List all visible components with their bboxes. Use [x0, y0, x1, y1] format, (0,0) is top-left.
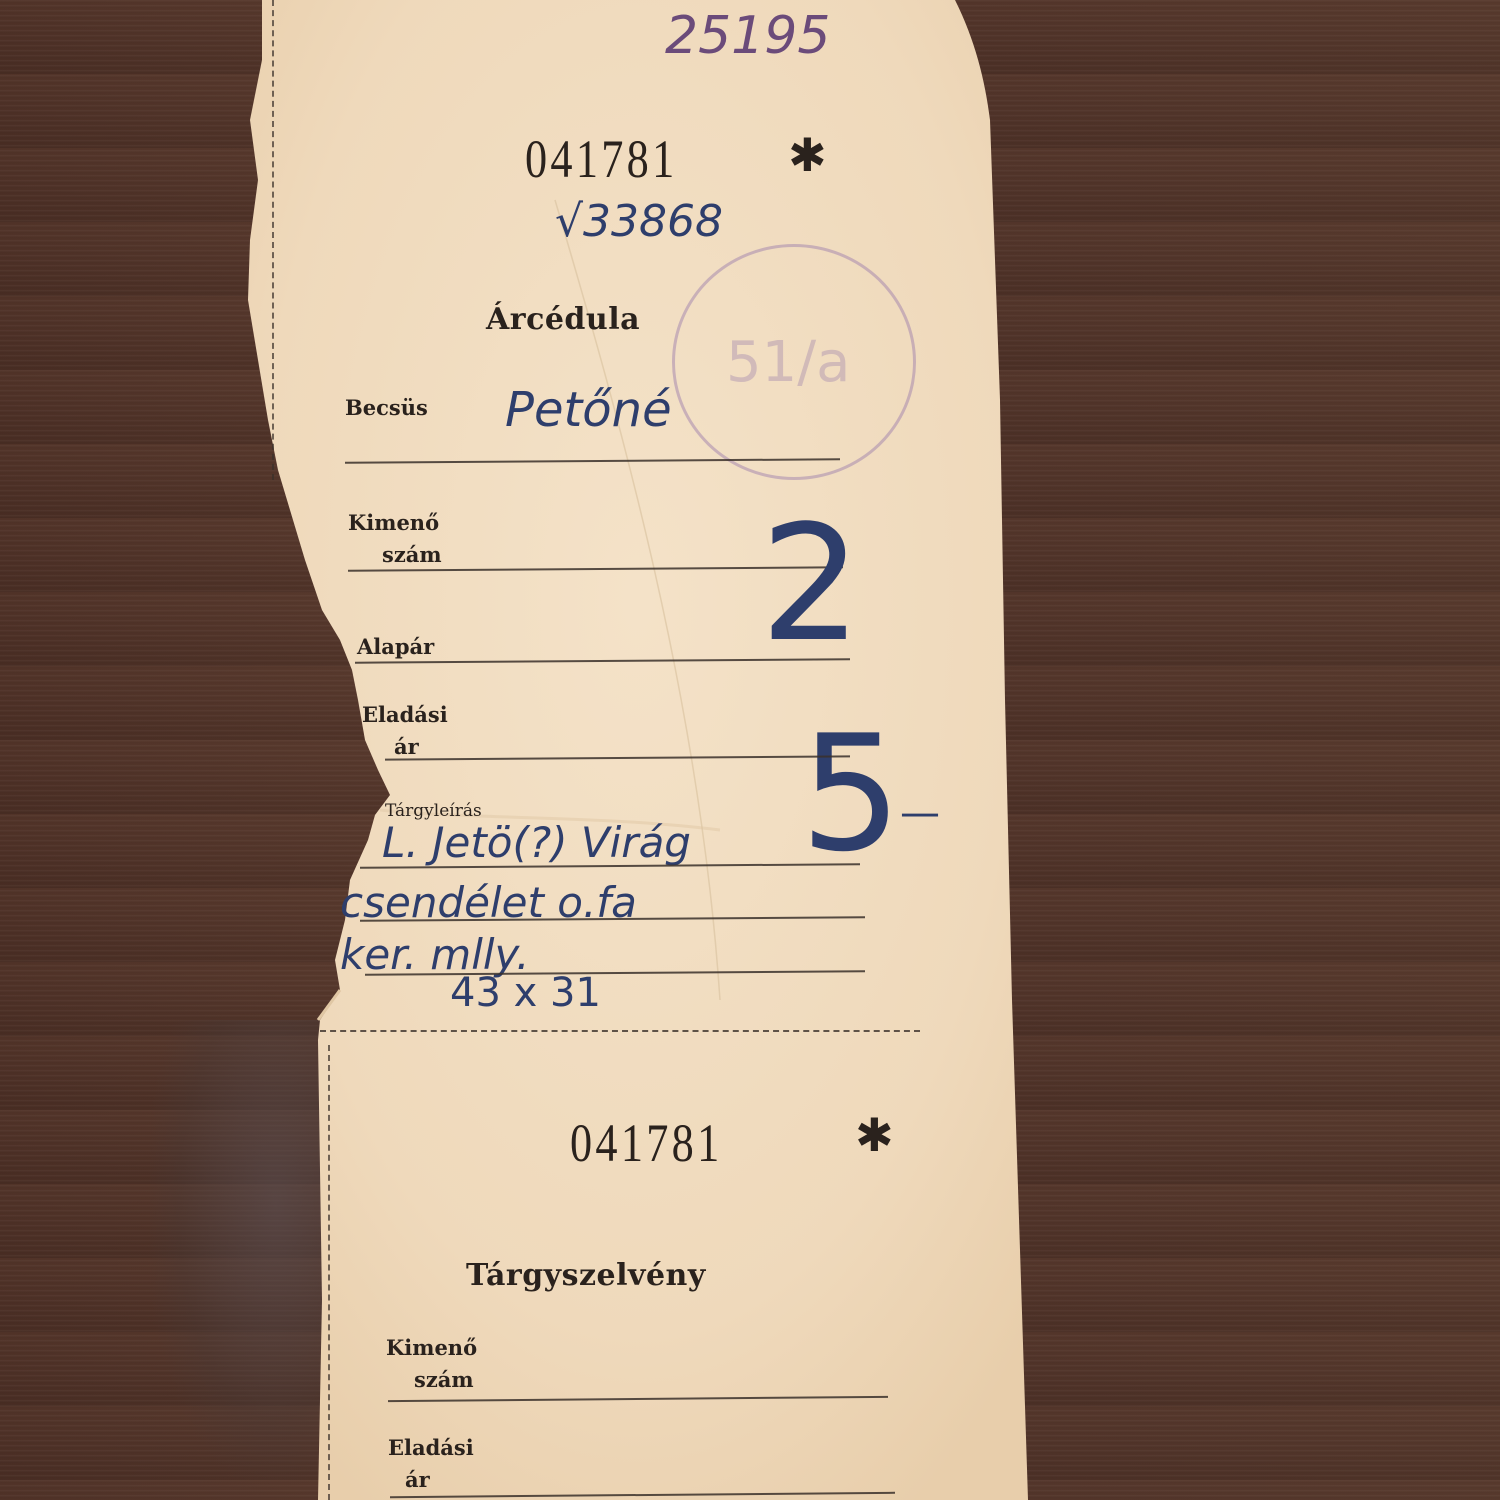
serial-number-lower: 041781: [570, 1112, 723, 1174]
label-szam: szám: [382, 540, 442, 570]
field-line: [390, 1492, 895, 1498]
label-eladasi-lower: Eladási: [388, 1433, 474, 1463]
asterisk-icon-lower: ✱: [855, 1108, 894, 1162]
label-alapar: Alapár: [357, 632, 434, 662]
handwritten-reference-number: √33868: [555, 196, 723, 247]
handwritten-base-price: 2: [760, 490, 862, 677]
label-eladasi: Eladási: [362, 700, 448, 730]
label-kimeno: Kimenő: [348, 508, 439, 538]
perforation-vertical-lower: [328, 1045, 330, 1500]
stamp-text: 51/a: [726, 330, 850, 395]
handwritten-dash: —: [900, 790, 940, 836]
label-ar-lower: ár: [405, 1465, 430, 1495]
handwritten-dimensions: 43 x 31: [450, 970, 601, 1016]
field-line: [388, 1396, 888, 1402]
title-targyszelveny: Tárgyszelvény: [466, 1258, 706, 1293]
perforation-vertical-upper: [272, 0, 274, 480]
label-kimeno-lower: Kimenő: [386, 1333, 477, 1363]
handwritten-description-line-1: L. Jetö(?) Virág: [382, 818, 691, 867]
handwritten-reference-top: 25195: [665, 6, 830, 66]
handwritten-appraiser: Petőné: [505, 382, 672, 438]
asterisk-icon-upper: ✱: [788, 128, 827, 182]
label-szam-lower: szám: [414, 1365, 474, 1395]
title-arcedula: Árcédula: [486, 302, 640, 337]
perforation-horizontal: [320, 1030, 920, 1032]
label-becsus: Becsüs: [345, 393, 428, 423]
ticket-content: 25195 041781 ✱ √33868 51/a Árcédula Becs…: [0, 0, 1500, 1500]
serial-number-upper: 041781: [525, 128, 678, 190]
field-line: [385, 755, 850, 760]
handwritten-sale-price: 5: [800, 700, 902, 887]
